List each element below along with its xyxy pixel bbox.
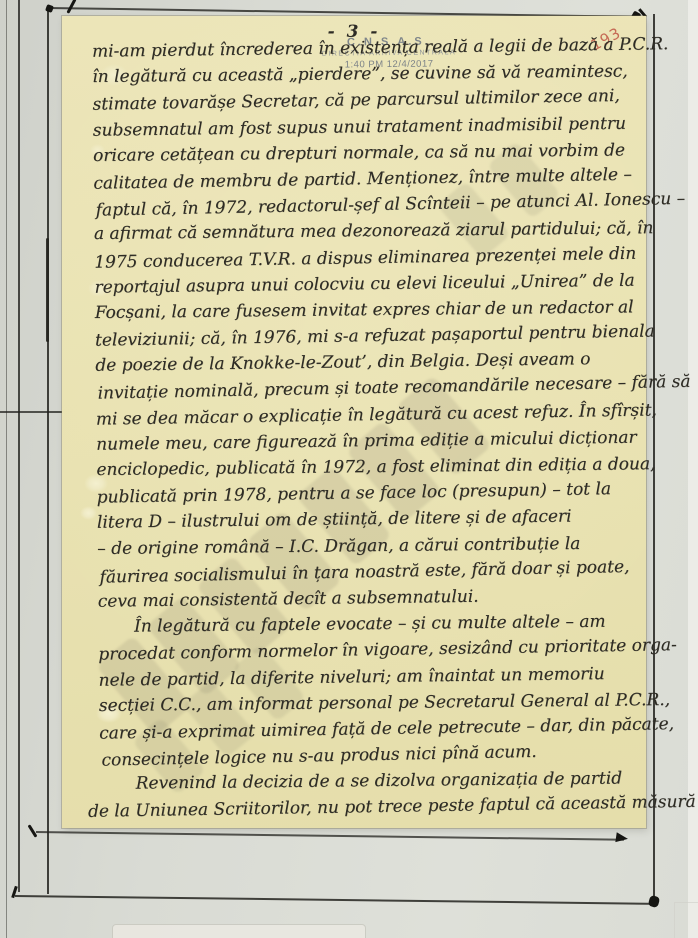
next-page-ghost-corner <box>674 902 698 938</box>
margin-registration-line <box>0 411 63 413</box>
corner-mark-bottom-right <box>648 895 661 908</box>
frame-line-left-smudge <box>46 238 49 342</box>
frame-line-left <box>47 6 49 894</box>
frame-line-bottom <box>15 895 657 905</box>
next-page-ghost-edge <box>112 924 366 938</box>
arrow-mark-right <box>615 832 628 844</box>
scan-edge-line-outer <box>6 0 7 938</box>
handwriting-block: mi-am pierdut încrederea în existența re… <box>92 32 649 823</box>
frame-line-under-paper <box>36 831 624 840</box>
punch-hole <box>80 506 97 520</box>
scanned-document-page: C.N.S.A.S. DIRECTIA ARHIVA CENTRALA 1:40… <box>0 0 698 938</box>
paper-sheet: C.N.S.A.S. DIRECTIA ARHIVA CENTRALA 1:40… <box>62 16 646 828</box>
scan-edge-line-left <box>18 0 20 892</box>
